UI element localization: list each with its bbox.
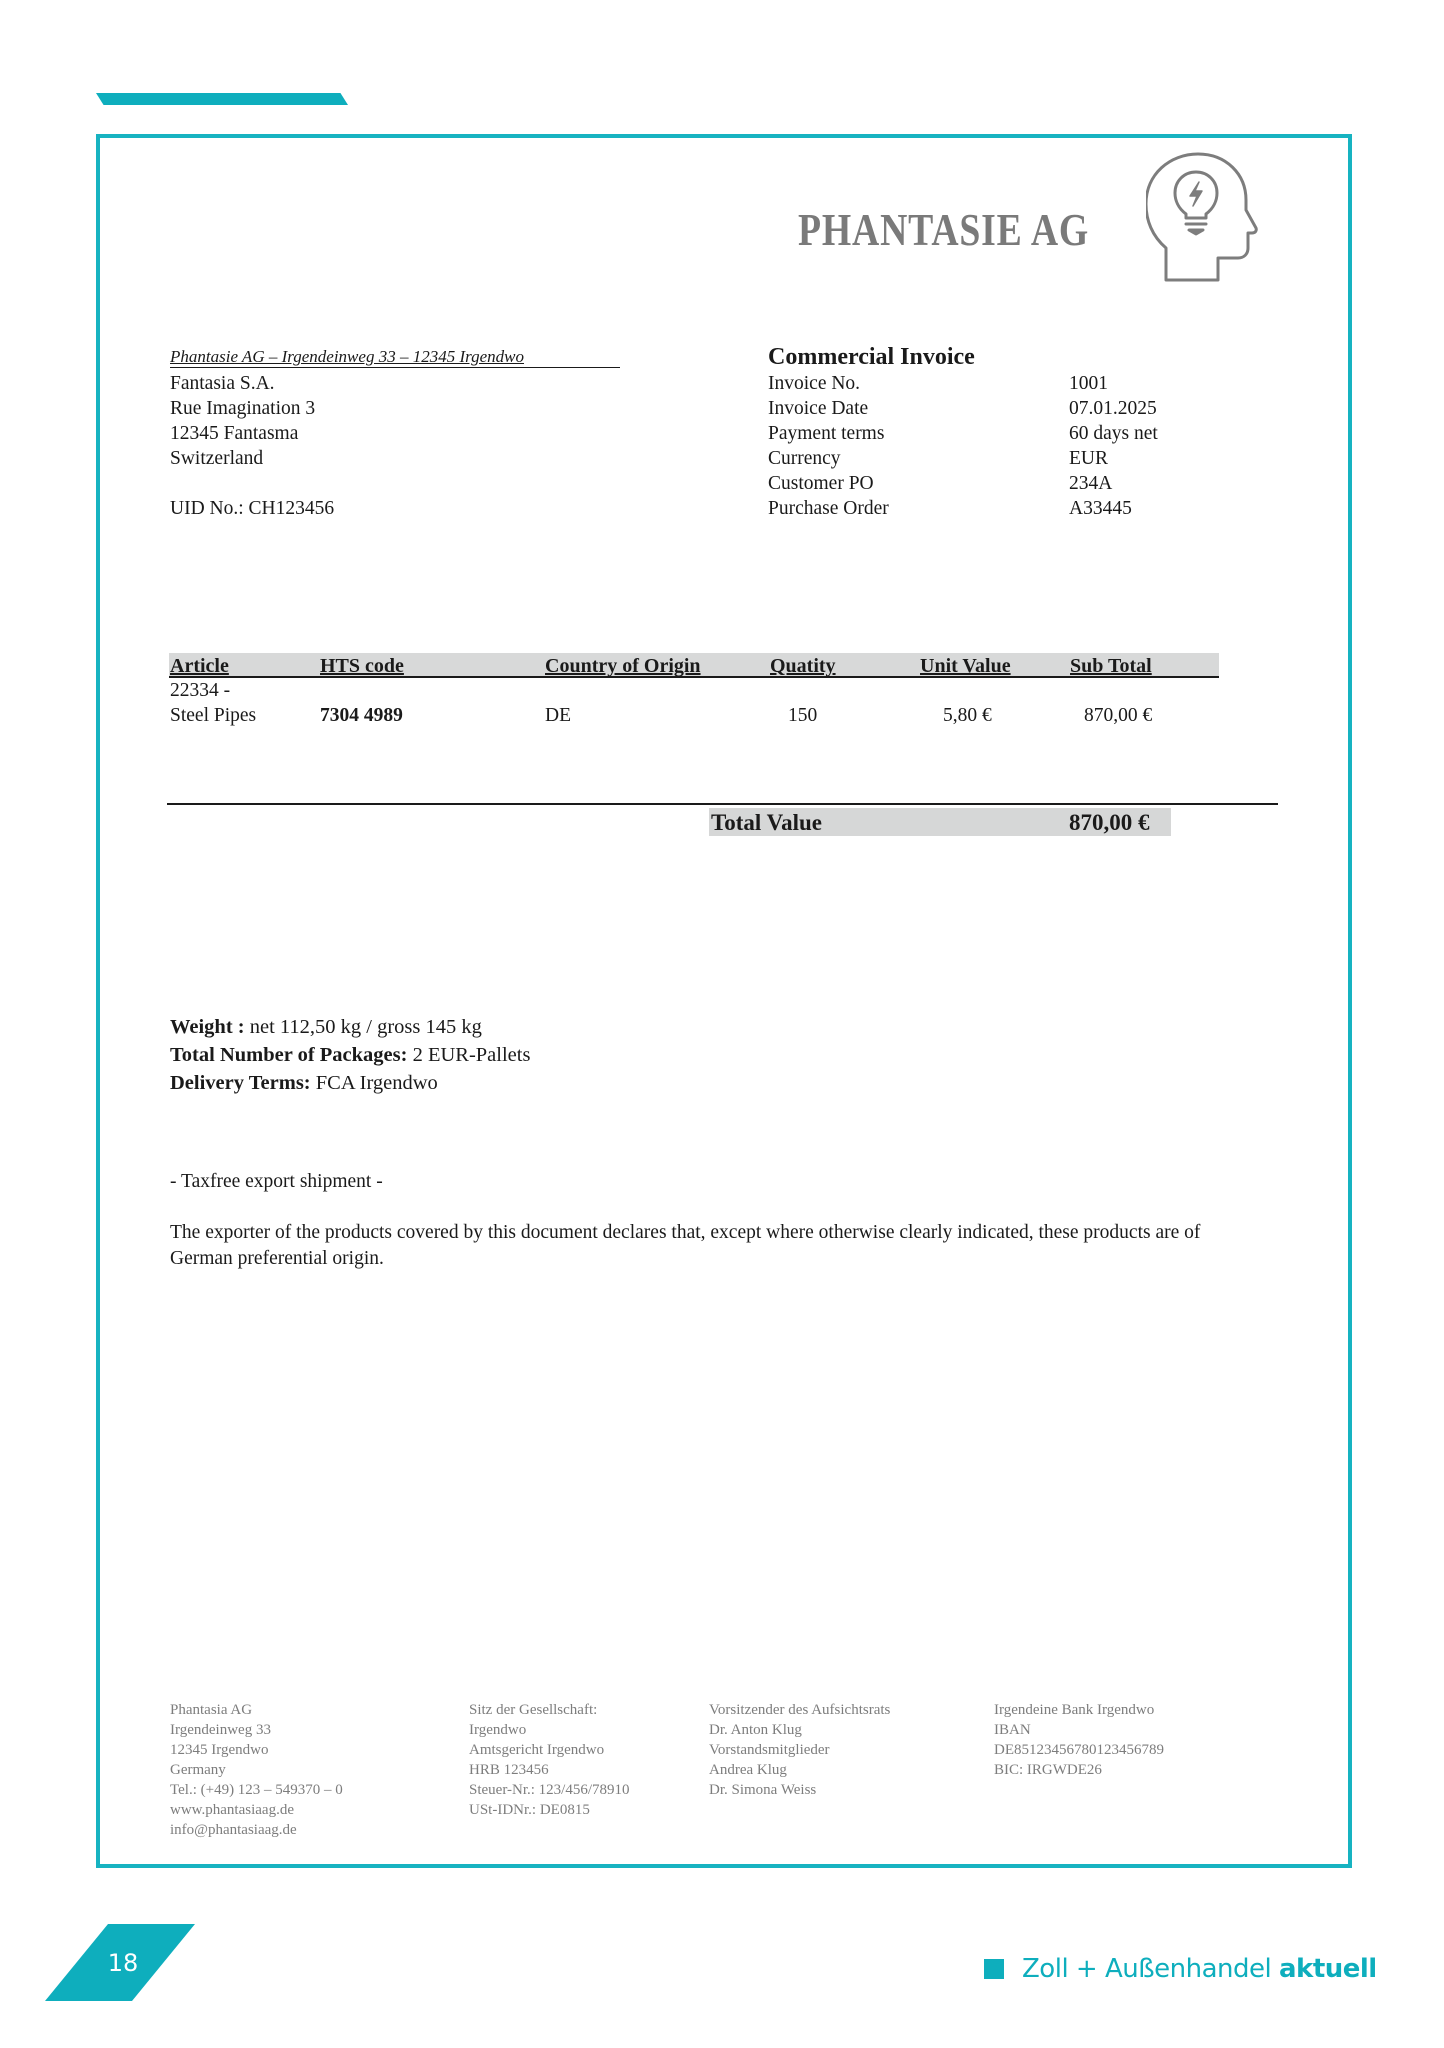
footer-registry: Sitz der Gesellschaft: Irgendwo Amtsgeri… — [469, 1700, 630, 1820]
footer-board: Vorsitzender des Aufsichtsrats Dr. Anton… — [709, 1700, 890, 1800]
brand-square-icon — [984, 1959, 1004, 1979]
meta-payment-terms: Payment terms 60 days net — [768, 421, 1158, 446]
cell-sub-total: 870,00 € — [1084, 703, 1152, 728]
recipient-uid: UID No.: CH123456 — [170, 496, 334, 521]
recipient-name: Fantasia S.A. — [170, 371, 334, 396]
brand-name-bold: aktuell — [1279, 1954, 1377, 1984]
footer-bank: Irgendeine Bank Irgendwo IBAN DE85123456… — [994, 1700, 1164, 1780]
delivery-terms-line: Delivery Terms: FCA Irgendwo — [170, 1069, 530, 1097]
head-lightbulb-icon — [1146, 152, 1258, 282]
recipient-city: 12345 Fantasma — [170, 421, 334, 446]
col-hts-code: HTS code — [320, 653, 404, 679]
page-number: 18 — [45, 1924, 195, 2001]
total-label: Total Value — [711, 808, 822, 838]
cell-quantity: 150 — [788, 703, 817, 728]
sender-address-line: Phantasie AG – Irgendeinweg 33 – 12345 I… — [170, 347, 620, 368]
col-unit-value: Unit Value — [920, 653, 1011, 679]
recipient-country: Switzerland — [170, 446, 334, 471]
taxfree-note: - Taxfree export shipment - — [170, 1169, 383, 1195]
meta-invoice-no: Invoice No. 1001 — [768, 371, 1158, 396]
magazine-brand: Zoll + Außenhandel aktuell — [984, 1954, 1377, 1984]
recipient-address: Fantasia S.A. Rue Imagination 3 12345 Fa… — [170, 371, 334, 521]
col-quantity: Quatity — [770, 653, 836, 679]
col-article: Article — [170, 653, 229, 679]
decorative-top-bar — [96, 93, 348, 105]
shipping-info: Weight : net 112,50 kg / gross 145 kg To… — [170, 1013, 530, 1097]
cell-article-number: 22334 - — [170, 678, 230, 703]
meta-customer-po: Customer PO 234A — [768, 471, 1158, 496]
weight-line: Weight : net 112,50 kg / gross 145 kg — [170, 1013, 530, 1041]
total-value: 870,00 € — [1069, 808, 1150, 838]
origin-declaration: The exporter of the products covered by … — [170, 1220, 1250, 1272]
meta-invoice-date: Invoice Date 07.01.2025 — [768, 396, 1158, 421]
cell-article-name: Steel Pipes — [170, 703, 256, 728]
invoice-meta: Invoice No. 1001 Invoice Date 07.01.2025… — [768, 371, 1158, 521]
footer-company-address: Phantasia AG Irgendeinweg 33 12345 Irgen… — [170, 1700, 343, 1840]
recipient-street: Rue Imagination 3 — [170, 396, 334, 421]
cell-hts-code: 7304 4989 — [320, 703, 403, 728]
brand-name: Zoll + Außenhandel — [1022, 1954, 1271, 1984]
meta-purchase-order: Purchase Order A33445 — [768, 496, 1158, 521]
col-sub-total: Sub Total — [1070, 653, 1152, 679]
table-header: Article HTS code Country of Origin Quati… — [169, 653, 1219, 678]
total-divider — [167, 803, 1278, 805]
col-country: Country of Origin — [545, 653, 701, 679]
meta-currency: Currency EUR — [768, 446, 1158, 471]
invoice-title: Commercial Invoice — [768, 342, 975, 372]
cell-unit-value: 5,80 € — [943, 703, 992, 728]
packages-line: Total Number of Packages: 2 EUR-Pallets — [170, 1041, 530, 1069]
cell-country: DE — [545, 703, 571, 728]
company-logo-text: PHANTASIE AG — [798, 205, 1089, 255]
